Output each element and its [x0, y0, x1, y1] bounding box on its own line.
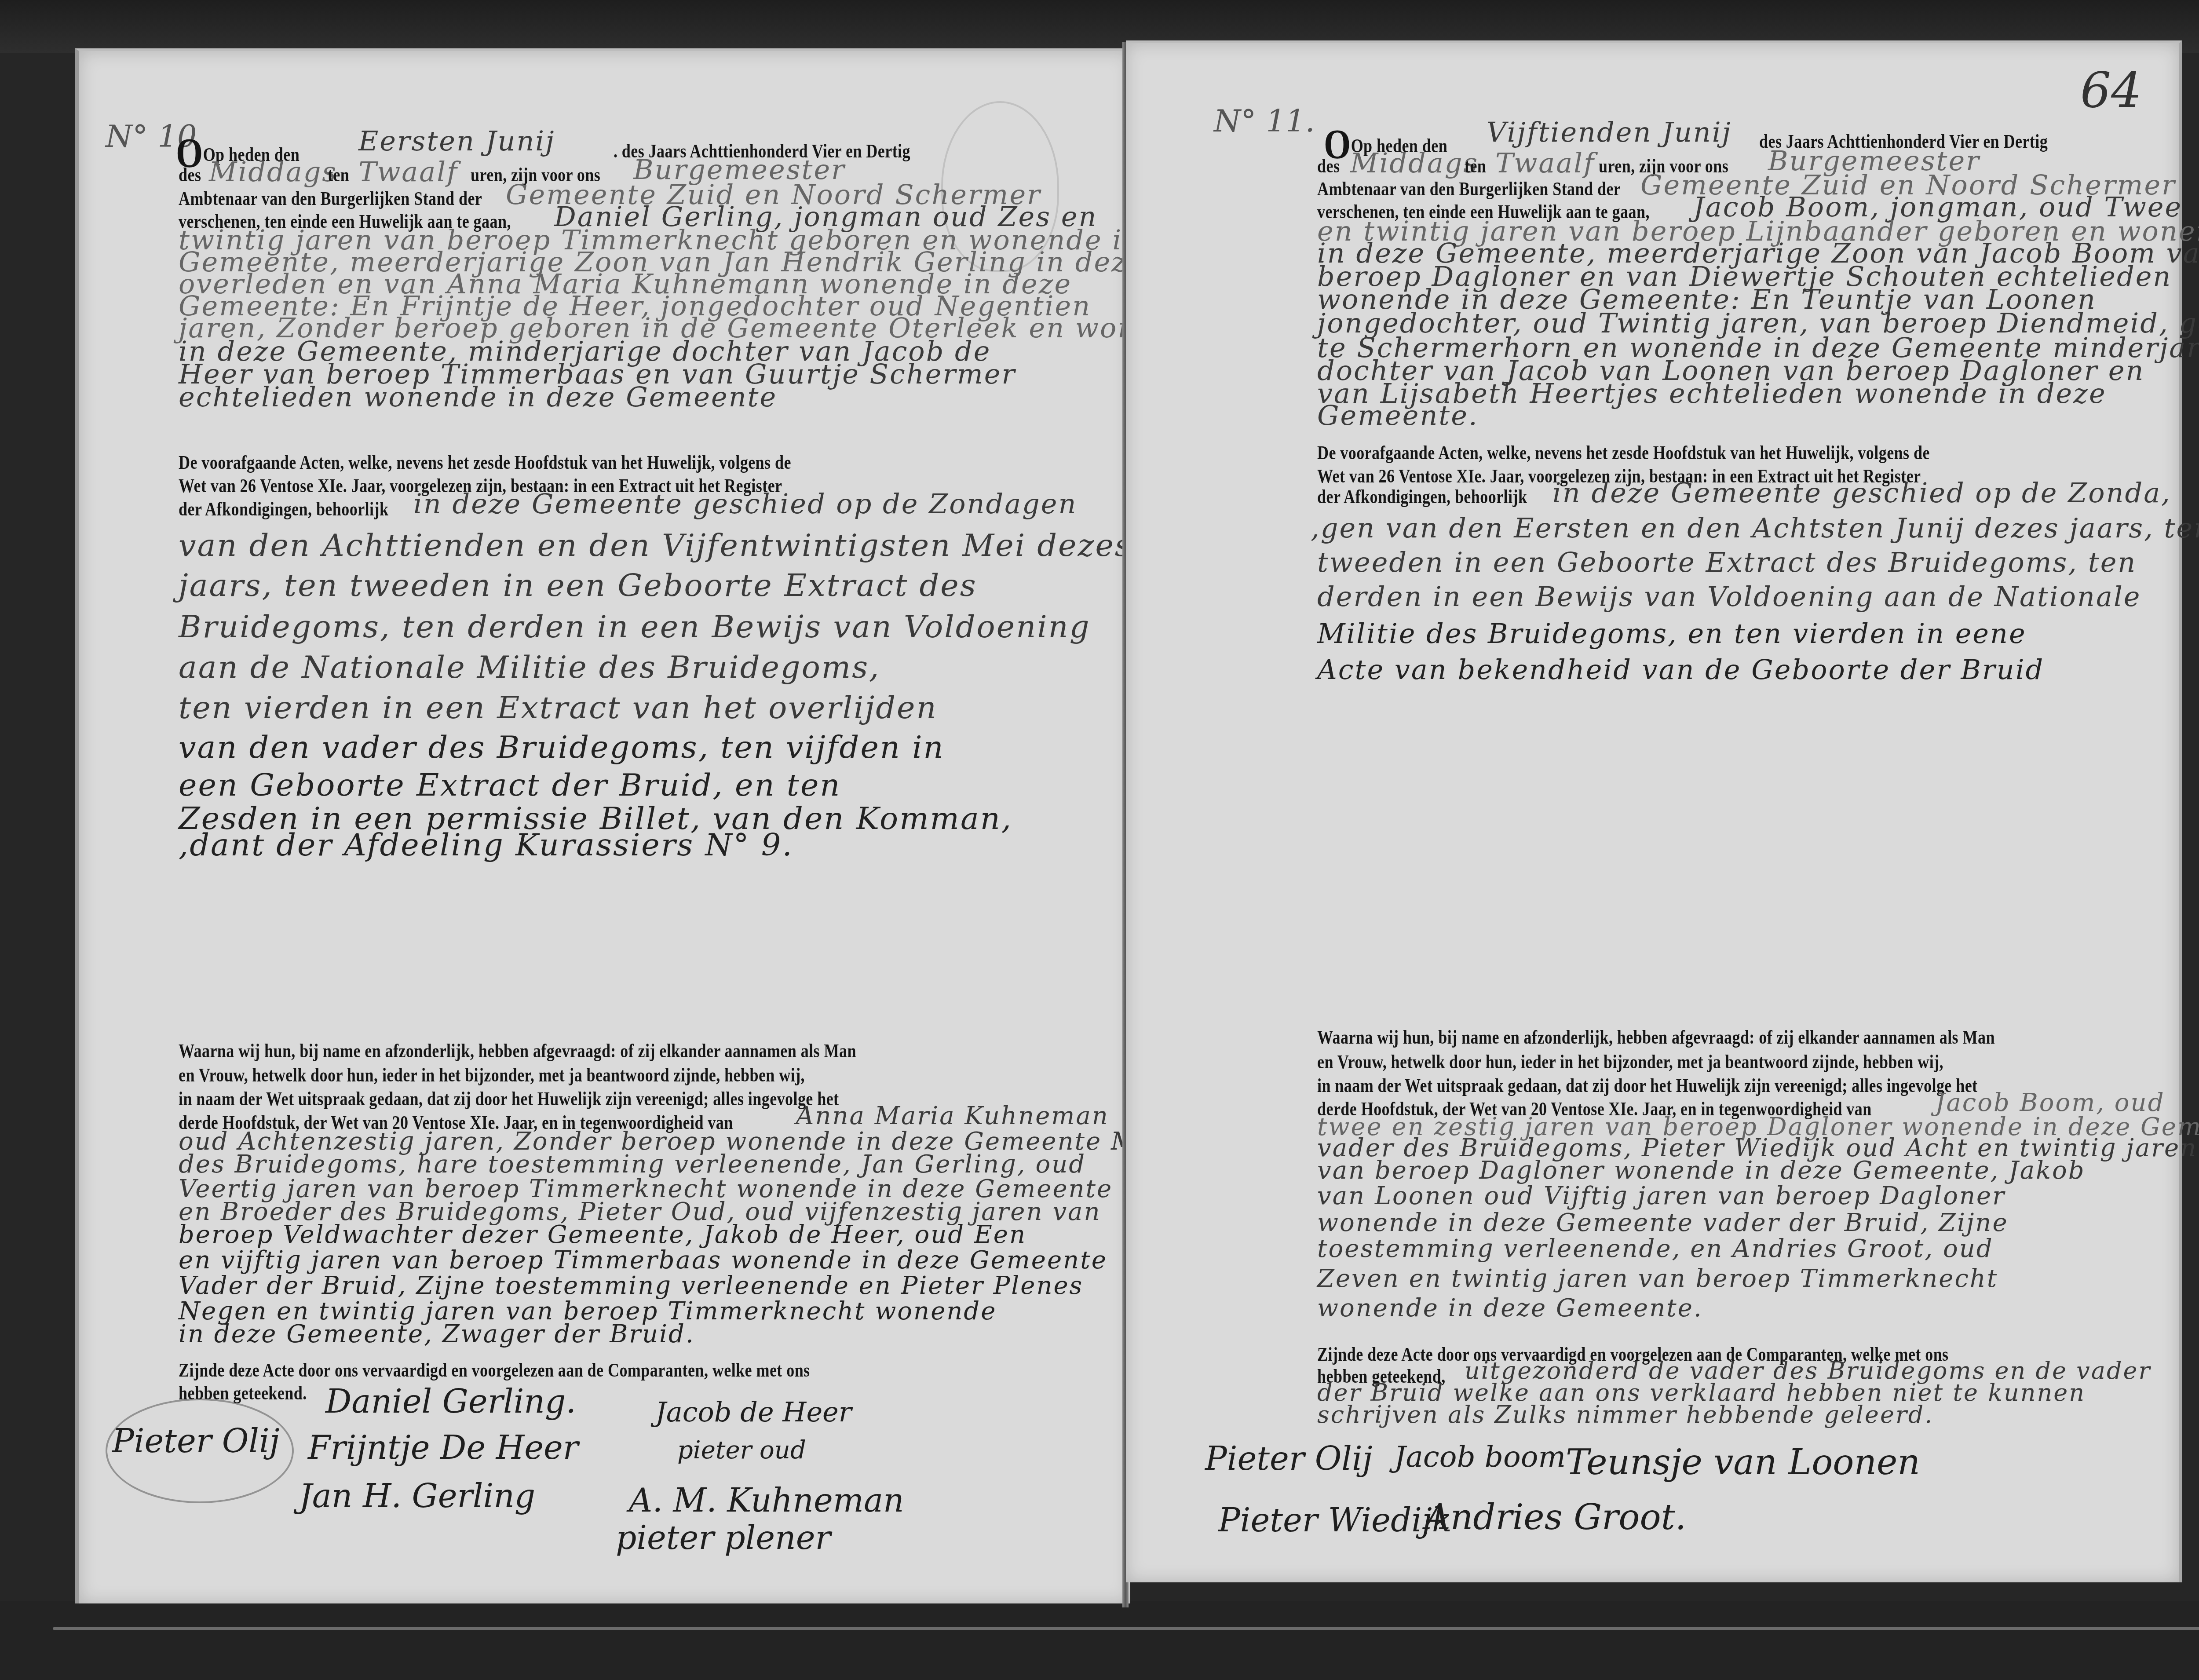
- hw-line: in deze Gemeente geschied op de Zondagen: [413, 490, 1077, 518]
- hw-time-of-day: Middags: [209, 158, 337, 186]
- signature-flourish: [106, 1399, 294, 1503]
- page-holder-wire: [53, 1627, 2199, 1630]
- printed-ambtenaar: Ambtenaar van den Burgerlijken Stand der: [1317, 179, 1621, 199]
- signature-mother-groom: A. M. Kuhneman: [629, 1484, 904, 1517]
- hw-line: derden in een Bewijs van Voldoening aan …: [1317, 583, 2141, 610]
- printed-line: De voorafgaande Acten, welke, nevens het…: [179, 453, 791, 472]
- hw-line: schrijven als Zulks nimmer hebbende gele…: [1317, 1403, 1933, 1427]
- signature-witness: Andries Groot.: [1425, 1500, 1686, 1535]
- act-number-11: N° 11.: [1214, 106, 1315, 136]
- hw-marriage-date: Eersten Junij: [358, 128, 555, 155]
- hw-line: wonende in deze Gemeente vader der Bruid…: [1317, 1211, 2009, 1235]
- hw-line: ten vierden in een Extract van het overl…: [179, 692, 938, 723]
- printed-line: der Afkondigingen, behoorlijk: [1317, 487, 1527, 507]
- hw-line: toestemming verleenende, en Andries Groo…: [1317, 1237, 1994, 1261]
- hw-line: van Loonen oud Vijftig jaren van beroep …: [1317, 1184, 2005, 1209]
- hw-line: Zeven en twintig jaren van beroep Timmer…: [1317, 1267, 1998, 1291]
- hw-hour: Twaalf: [358, 158, 458, 186]
- printed-line: en Vrouw, hetwelk door hun, ieder in het…: [1317, 1052, 1943, 1072]
- hw-line: wonende in deze Gemeente.: [1317, 1296, 1703, 1321]
- printed-line: en Vrouw, hetwelk door hun, ieder in het…: [179, 1066, 805, 1085]
- hw-line: in deze Gemeente, Zwager der Bruid.: [179, 1322, 695, 1347]
- printed-ambtenaar: Ambtenaar van den Burgerlijken Stand der: [179, 189, 482, 208]
- printed-line: Waarna wij hun, bij name en afzonderlijk…: [1317, 1028, 1995, 1047]
- hw-line: ,gen van den Eersten en den Achtsten Jun…: [1311, 515, 2199, 542]
- signature-groom: Jacob boom: [1394, 1443, 1566, 1472]
- signature-witness: Jan H. Gerling: [299, 1480, 535, 1512]
- hw-line: Acte van bekendheid van de Geboorte der …: [1317, 656, 2044, 683]
- printed-line: Waarna wij hun, bij name en afzonderlijk…: [179, 1041, 856, 1061]
- signature-witness: pieter oud: [677, 1438, 806, 1463]
- hw-line: in deze Gemeente geschied op de Zonda,: [1552, 479, 2171, 507]
- hw-line: van den Achttienden en den Vijfentwintig…: [179, 530, 1132, 561]
- scanner-background-bottom: [0, 1601, 2199, 1680]
- signature-witness: Pieter Wiedijk: [1218, 1504, 1452, 1537]
- hw-line: van beroep Dagloner wonende in deze Geme…: [1317, 1158, 2086, 1183]
- signature-father-bride: Jacob de Heer: [655, 1399, 851, 1426]
- printed-des: des: [1317, 157, 1340, 176]
- printed-line: Zijnde deze Acte door ons vervaardigd en…: [179, 1361, 810, 1380]
- signature-witness: pieter plener: [616, 1522, 831, 1554]
- hw-line: een Geboorte Extract der Bruid, en ten: [179, 770, 841, 800]
- hw-line: des Bruidegoms, hare toestemming verleen…: [179, 1152, 1086, 1177]
- hw-hour: Twaalf: [1495, 150, 1595, 177]
- hw-line: beroep Veldwachter dezer Gemeente, Jakob…: [179, 1223, 1026, 1247]
- signature-official: Pieter Olij: [1205, 1443, 1373, 1475]
- printed-des: des: [179, 165, 201, 185]
- hw-marriage-date: Vijftienden Junij: [1487, 119, 1732, 146]
- folio-number: 64: [2080, 66, 2142, 114]
- hw-line: tweeden in een Geboorte Extract des Brui…: [1317, 549, 2137, 576]
- hw-line: en vijftig jaren van beroep Timmerbaas w…: [179, 1248, 1107, 1273]
- printed-ten: ten: [1465, 157, 1486, 176]
- printed-line: in naam der Wet uitspraak gedaan, dat zi…: [179, 1089, 839, 1109]
- printed-line: De voorafgaande Acten, welke, nevens het…: [1317, 443, 1930, 463]
- hw-line: Jacob Boom, oud: [1935, 1091, 2165, 1115]
- hw-line: Gemeente.: [1317, 402, 1479, 429]
- signature-groom: Daniel Gerling.: [325, 1385, 576, 1418]
- hw-line: Militie des Bruidegoms, en ten vierden i…: [1317, 620, 2027, 647]
- hw-line: Anna Maria Kuhneman: [796, 1104, 1109, 1129]
- printed-ten: ten: [328, 165, 349, 185]
- hw-line: echtelieden wonende in deze Gemeente: [179, 383, 777, 411]
- hw-line: Vader der Bruid, Zijne toestemming verle…: [179, 1274, 1083, 1298]
- printed-line: in naam der Wet uitspraak gedaan, dat zi…: [1317, 1076, 1978, 1096]
- signature-bride: Frijntje De Heer: [308, 1432, 578, 1464]
- hw-time-of-day: Middags: [1350, 150, 1479, 177]
- hw-line: van den vader des Bruidegoms, ten vijfde…: [179, 732, 945, 763]
- hw-line: ,dant der Afdeeling Kurassiers N° 9.: [179, 829, 793, 860]
- signature-bride: Teunsje van Loonen: [1566, 1445, 1920, 1480]
- hw-line: jaars, ten tweeden in een Geboorte Extra…: [179, 570, 977, 601]
- hw-line: aan de Nationale Militie des Bruidegoms,: [179, 652, 880, 683]
- hw-line: Bruidegoms, ten derden in een Bewijs van…: [179, 611, 1091, 642]
- printed-line: der Afkondigingen, behoorlijk: [179, 500, 388, 519]
